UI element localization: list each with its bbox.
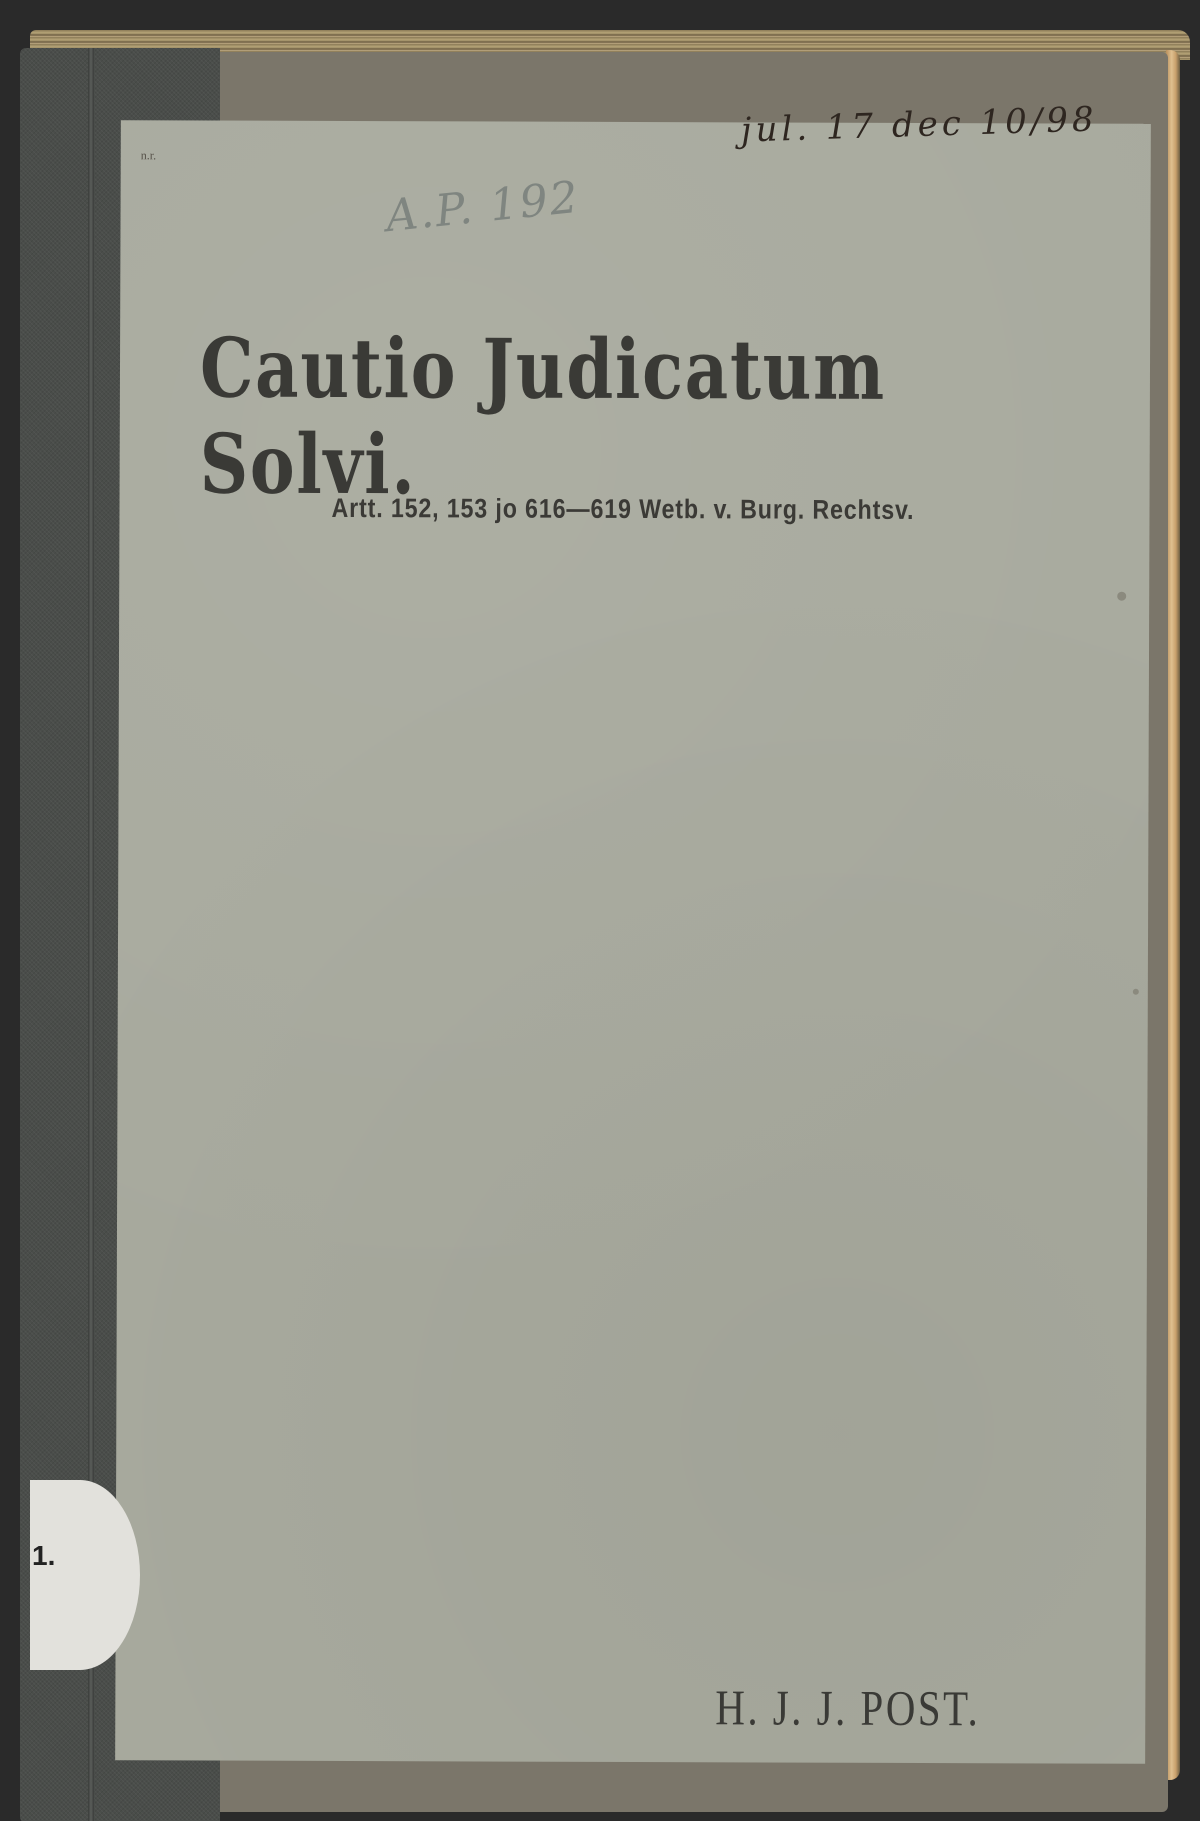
stain [1133,989,1139,995]
book: n.r. jul. 17 dec 10/98 A.P. 192 Cautio J… [20,30,1180,1800]
cover-subtitle: Artt. 152, 153 jo 616—619 Wetb. v. Burg.… [331,493,914,526]
pencil-shelfmark: A.P. 192 [383,172,582,242]
handwritten-mark: n.r. [141,148,156,163]
cover-author: H. J. J. POST. [715,1678,980,1737]
page-edges-right [1166,50,1180,1780]
cover-title: Cautio Judicatum Solvi. [199,320,938,515]
cover-label: n.r. jul. 17 dec 10/98 A.P. 192 Cautio J… [115,120,1151,1764]
stain [1117,592,1126,601]
library-label-text: 1. [32,1540,55,1572]
